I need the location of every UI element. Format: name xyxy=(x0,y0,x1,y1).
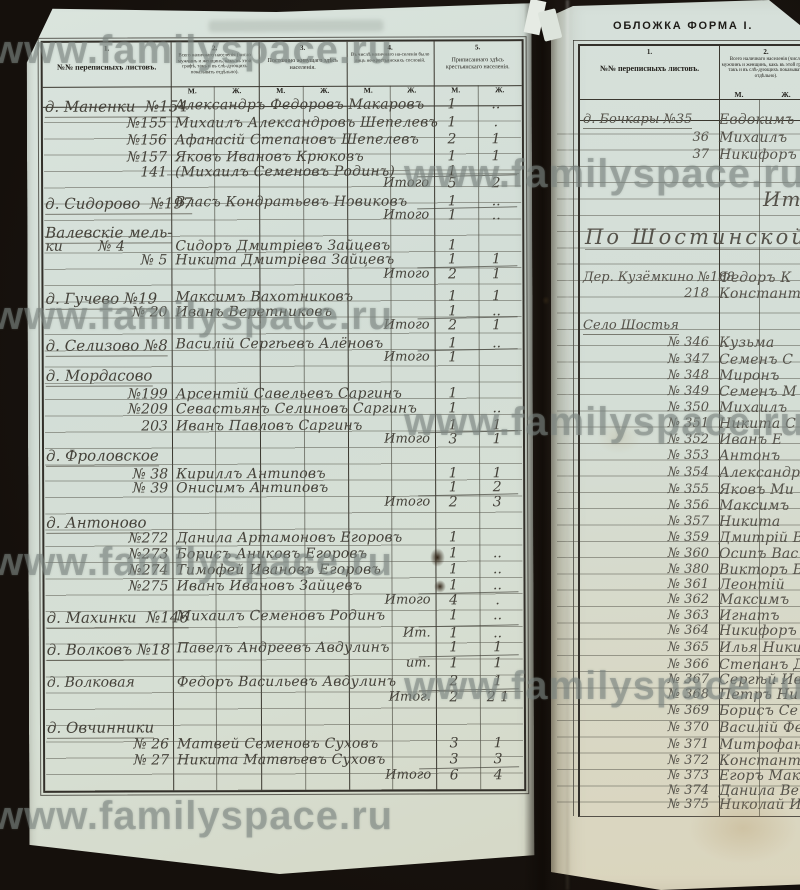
sheet-number: Дер. Кузёмкино №188 xyxy=(583,270,735,285)
scanned-census-document: { "watermark_text": "www.familyspace.ru"… xyxy=(0,0,800,890)
sheet-number: д. Волковая xyxy=(47,675,135,691)
sheet-number: № 363 xyxy=(583,608,715,623)
count-male: 4 xyxy=(434,592,474,608)
count-male: 1 xyxy=(433,479,473,495)
count-female: 3 xyxy=(477,494,517,510)
person-name: Константи xyxy=(719,753,800,769)
sheet-number: №156 xyxy=(45,132,193,149)
sheet-number: №155 xyxy=(45,115,193,132)
sheet-number: д. Фроловское xyxy=(46,446,159,466)
itogo-label: Итого xyxy=(367,592,431,607)
count-female: 1 xyxy=(478,735,518,751)
count-male: 1 xyxy=(434,607,474,623)
sheet-number: Село Шостья xyxy=(583,318,679,335)
watermark: www.familyspace.ru xyxy=(0,294,393,339)
itogo-label: Итого xyxy=(366,494,430,509)
paper-crease xyxy=(566,0,569,890)
count-male: 2 xyxy=(432,131,472,147)
itogo-label: Итого xyxy=(365,207,429,222)
count-female: .. xyxy=(477,561,517,577)
person-name: Семенъ М xyxy=(719,384,800,400)
census-row: д. Махинки №146Михаилъ Семеновъ Родинъ1.… xyxy=(29,607,534,626)
count-male: 1 xyxy=(432,207,472,223)
sheet-number: № 372 xyxy=(583,753,715,768)
person-name: Антонъ xyxy=(719,448,800,464)
sheet-number: № 349 xyxy=(583,384,715,399)
sheet-number: д. Мордасово xyxy=(46,366,153,386)
person-name: Павелъ Андреевъ Авдулинъ xyxy=(177,639,457,656)
count-female: .. xyxy=(477,545,517,561)
count-male: 2 xyxy=(433,494,473,510)
person-name: Никифоръ xyxy=(719,623,800,639)
person-name: Михаилъ Александровъ Шепелевъ xyxy=(175,114,455,131)
count-male: 6 xyxy=(434,767,474,783)
count-female: 4 xyxy=(478,767,518,783)
watermark: www.familyspace.ru xyxy=(0,794,393,839)
census-row: № 362Максимъ xyxy=(551,592,800,609)
sheet-number: № 347 xyxy=(583,352,715,367)
itogo-label: Итого xyxy=(367,767,431,782)
person-name: Михаилъ xyxy=(719,130,800,146)
sheet-number: № 373 xyxy=(583,768,715,783)
sheet-number: № 356 xyxy=(583,498,715,513)
count-male: 1 xyxy=(432,288,472,304)
census-row: № 346Кузьма xyxy=(551,335,800,352)
person-name: Илья Ники xyxy=(719,640,800,656)
person-name: Егоръ Мак xyxy=(719,768,800,784)
subtotal-row: Итого21 xyxy=(27,266,532,285)
census-row: д. Маненки №154Александръ Федоровъ Макар… xyxy=(27,96,532,115)
census-row: № 357Никита xyxy=(551,514,800,531)
sheet-number: № 374 xyxy=(583,783,715,798)
sheet-number: № 5 xyxy=(45,252,193,269)
foxing-stain xyxy=(688,792,798,864)
census-row: д. Антоново xyxy=(28,512,533,531)
count-male: 3 xyxy=(434,751,474,767)
count-female: .. xyxy=(476,207,516,223)
sheet-number: № 27 xyxy=(47,752,195,769)
count-female: 1 xyxy=(476,266,516,282)
sheet-number: № 355 xyxy=(583,482,715,497)
sheet-number: № 26 xyxy=(47,736,195,753)
person-name: Никита Матвѣевъ Суховъ xyxy=(177,751,457,768)
census-row: № 355Яковъ Ми xyxy=(551,482,800,499)
census-row: № 349Семенъ М xyxy=(551,384,800,401)
sheet-number: № 371 xyxy=(583,737,715,752)
sheet-number: № 370 xyxy=(583,720,715,735)
sheet-number: д. Бочкары №35 xyxy=(583,112,692,129)
person-name: Митрофанъ xyxy=(719,737,800,753)
person-name: Игнатъ xyxy=(719,608,800,624)
itogo-label: Итого xyxy=(366,349,430,364)
census-row: №156Афанасій Степановъ Шепелевъ21 xyxy=(27,131,532,150)
sheet-number: №209 xyxy=(46,401,194,418)
count-male: 2 xyxy=(432,266,472,282)
census-row: № 371Митрофанъ xyxy=(551,737,800,754)
census-row: № 354Александр xyxy=(551,465,800,482)
count-male: 1 xyxy=(434,639,474,655)
person-name: Михаилъ Семеновъ Родинъ xyxy=(177,607,457,624)
person-name: Викторъ Б xyxy=(719,562,800,578)
person-name: Максимъ xyxy=(719,592,800,608)
person-name: Леонтій xyxy=(719,577,800,593)
census-row: № 347Семенъ С xyxy=(551,352,800,369)
count-male: 1 xyxy=(432,114,472,130)
person-name: Афанасій Степановъ Шепелевъ xyxy=(175,131,455,148)
sheet-number: №199 xyxy=(46,386,194,403)
census-row: № 364Никифоръ xyxy=(551,623,800,640)
watermark: www.familyspace.ru xyxy=(0,28,393,73)
sheet-number: № 359 xyxy=(583,530,715,545)
person-name: Максимъ xyxy=(719,498,800,514)
census-row: Дер. Кузёмкино №188Федоръ К xyxy=(551,270,800,287)
census-row: №155Михаилъ Александровъ Шепелевъ1. xyxy=(27,114,532,133)
person-name: Дмитрій В xyxy=(719,530,800,546)
census-row: д. Овчинники xyxy=(29,717,534,736)
sheet-number: № 360 xyxy=(583,546,715,561)
watermark: www.familyspace.ru xyxy=(404,400,800,445)
count-male: 1 xyxy=(433,529,473,545)
person-name: Семенъ С xyxy=(719,352,800,368)
watermark: www.familyspace.ru xyxy=(404,664,800,709)
ink-stain xyxy=(542,296,550,305)
sheet-number: № 346 xyxy=(583,335,715,350)
count-female: 3 xyxy=(478,751,518,767)
sheet-number: № 380 xyxy=(583,562,715,577)
person-name: Осипъ Вас xyxy=(719,546,800,562)
ink-stain xyxy=(430,548,445,567)
person-name: Матвей Семеновъ Суховъ xyxy=(177,735,457,752)
sheet-number: № 361 xyxy=(583,577,715,592)
count-female: . xyxy=(476,114,516,130)
census-row: Село Шостья xyxy=(551,318,800,335)
watermark: www.familyspace.ru xyxy=(404,152,800,197)
itogo-label: Итого xyxy=(365,266,429,281)
count-female: .. xyxy=(476,96,516,112)
watermark: www.familyspace.ru xyxy=(0,540,393,585)
count-female: .. xyxy=(478,607,518,623)
person-name: Александр xyxy=(719,465,800,481)
person-name: Кузьма xyxy=(719,335,800,351)
person-name: Александръ Федоровъ Макаровъ xyxy=(175,96,455,113)
sheet-number: № 365 xyxy=(583,640,715,655)
sheet-number: № 348 xyxy=(583,368,715,383)
count-female: 1 xyxy=(476,131,516,147)
person-name: Миронъ xyxy=(719,368,800,384)
count-male: 3 xyxy=(434,735,474,751)
person-name: Яковъ Ми xyxy=(719,482,800,498)
sheet-number: № 353 xyxy=(583,448,715,463)
sheet-number: № 354 xyxy=(583,465,715,480)
page-fold-shadow xyxy=(524,0,558,890)
sheet-number: № 357 xyxy=(583,514,715,529)
count-male: 2 xyxy=(433,317,473,333)
count-male: 1 xyxy=(433,349,473,365)
subtotal-row: Итого23 xyxy=(28,494,533,513)
count-female: 1 xyxy=(478,639,518,655)
census-row: № 360Осипъ Вас xyxy=(551,546,800,563)
ink-stain xyxy=(434,580,446,593)
sheet-number: 218 xyxy=(583,286,715,301)
person-name: Евдокимъ xyxy=(719,112,800,128)
sheet-number: № 362 xyxy=(583,592,715,607)
census-row: № 365Илья Ники xyxy=(551,640,800,657)
census-row: № 370Василій Фе xyxy=(551,720,800,737)
census-row: № 356Максимъ xyxy=(551,498,800,515)
census-row: № 353Антонъ xyxy=(551,448,800,465)
count-female: 1 xyxy=(476,288,516,304)
person-name: Константин xyxy=(719,286,800,302)
count-female: . xyxy=(478,592,518,608)
census-row: д. Бочкары №35Евдокимъ xyxy=(551,112,800,129)
right-ledger-page: ОБЛОЖКА ФОРМА I. 1. №№ переписныхъ листо… xyxy=(551,0,800,890)
sheet-number: № 39 xyxy=(46,480,194,497)
census-row: № 359Дмитрій В xyxy=(551,530,800,547)
count-male: 1 xyxy=(432,251,472,267)
count-male: 1 xyxy=(432,96,472,112)
count-female: 1 xyxy=(477,317,517,333)
person-name: Никита xyxy=(719,514,800,530)
census-row: № 348Миронъ xyxy=(551,368,800,385)
volost-heading: По Шостинской в xyxy=(585,225,800,250)
census-row: д. Мордасово xyxy=(28,365,533,384)
census-row: д. Фроловское xyxy=(28,445,533,464)
person-name: Василій Фе xyxy=(719,720,800,736)
sheet-number: 36 xyxy=(583,130,715,145)
person-name: Федоръ К xyxy=(719,270,800,286)
census-row: 218Константин xyxy=(551,286,800,303)
itogo-label: Ит. xyxy=(367,625,431,640)
sheet-number: № 364 xyxy=(583,623,715,638)
right-entries: д. Бочкары №35Евдокимъ36Михаилъ37Никифор… xyxy=(551,0,800,890)
section-heading: По Шостинской в xyxy=(551,225,800,242)
sheet-number: №157 xyxy=(45,149,193,166)
subtotal-row: Итого64 xyxy=(29,767,534,786)
census-row: 36Михаилъ xyxy=(551,130,800,147)
